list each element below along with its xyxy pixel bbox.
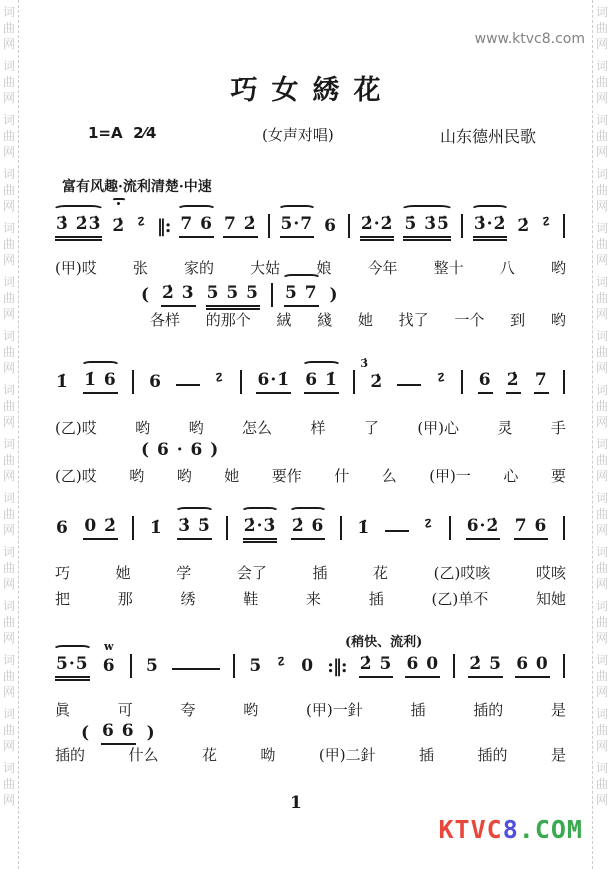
side-watermark-char: 曲 [596,452,608,468]
side-watermark-char: 曲 [3,344,15,360]
lyric-syllable: 插 [410,699,425,720]
side-watermark-char: 词 [3,598,15,614]
bar-line [233,654,235,678]
bar-line [461,370,463,394]
side-watermark-char: 网 [3,414,15,430]
dash-duration-mark [172,668,220,670]
ktvc8-logo: KTVC8.COM [439,815,584,844]
side-watermark-char: 词 [3,544,15,560]
side-watermark-char: 网 [596,414,608,430]
lyric-syllable: 什么 [128,744,158,765]
lyric-syllable: 哟 [551,257,566,278]
side-watermark-char: 词 [3,4,15,20]
lyric-syllable: 哟 [129,465,144,486]
tempo-annotation: (稍快、流利) [345,631,422,650]
side-watermark-char: 曲 [3,668,15,684]
bar-line [563,516,565,540]
lyric-syllable: (乙)哎 [55,465,97,486]
side-watermark-char: 网 [596,576,608,592]
jianpu-note: 0 [300,656,315,678]
side-watermark-char: 网 [596,738,608,754]
notation-line-2: 1̇1̇ 66∿6·1̇6 1̇2̇3̇∿62̇7 [55,368,566,394]
side-watermark-char: 曲 [3,776,15,792]
side-watermark-char: 词 [596,760,608,776]
lyric-syllable: 哟 [189,417,204,438]
glissando-mark: ∿ [131,211,153,232]
jianpu-note: 3̇·2̇ [473,214,508,238]
side-watermark-char: 曲 [3,614,15,630]
jianpu-note: 1̇ [356,518,371,540]
side-watermark-char: 网 [3,738,15,754]
side-watermark-char: 曲 [596,506,608,522]
lyric-syllable: (甲)心 [417,417,459,438]
lyric-syllable: 找了 [399,309,429,330]
side-text-column-right: 词曲网词曲网词曲网词曲网词曲网词曲网词曲网词曲网词曲网词曲网词曲网词曲网词曲网词… [593,0,611,814]
jianpu-note: ) [146,723,157,745]
notation-line-1: 3̇ 2̇3̇2̇∿‖:7 67 2̇5·762̇·2̇5̇ 3̇5̇3̇·2̇… [55,212,566,238]
side-watermark-char: 词 [596,490,608,506]
side-watermark-char: 词 [3,490,15,506]
notation-line-4: 5·56w55∿0:‖:2̇ 56 02̇ 56 0 [55,652,566,678]
slur-arc [401,205,452,214]
side-watermark-char: 曲 [596,398,608,414]
jianpu-note: 2̇ 5 [468,654,503,678]
side-watermark-char: 词 [596,598,608,614]
side-watermark-char: 网 [3,792,15,808]
side-watermark-char: 曲 [3,236,15,252]
side-watermark-char: 网 [596,468,608,484]
lyric-syllable: 会了 [237,562,267,583]
lyric-syllable: 要作 [272,465,302,486]
jianpu-note: ( 6 · 6 ) [140,440,220,462]
side-watermark-char: 曲 [596,236,608,252]
lyric-syllable: 插的 [478,744,508,765]
fermata-icon [111,198,126,206]
side-watermark-char: 网 [596,792,608,808]
bar-line [268,214,270,238]
slur-arc [302,361,341,370]
side-watermark-char: 曲 [596,722,608,738]
side-watermark-char: 词 [3,328,15,344]
jianpu-note: 6 0 [405,654,440,678]
side-watermark-char: 网 [596,360,608,376]
side-watermark-char: 曲 [596,614,608,630]
side-watermark-char: 词 [596,382,608,398]
lyric-syllable: 她 [358,309,373,330]
interlude-4: (6 6) [80,721,157,745]
side-watermark-char: 词 [596,220,608,236]
side-watermark-char: 词 [596,4,608,20]
key-signature: 1=A [88,124,123,142]
jianpu-note: 6·2̇ [466,516,501,540]
jianpu-note: ( [140,285,151,307]
jianpu-note: 1̇ [55,372,70,394]
side-watermark-char: 词 [3,760,15,776]
jianpu-note: 3̇ 5̇ [177,516,212,540]
glissando-mark: ∿ [430,367,452,388]
jianpu-note: 7 6 [514,516,549,540]
lyric-syllable: 她 [116,562,131,583]
side-watermark-char: 曲 [596,20,608,36]
bar-line [461,214,463,238]
bar-line [130,654,132,678]
side-watermark-char: 词 [3,652,15,668]
lyric-syllable: 夸 [181,699,196,720]
side-watermark-char: 词 [3,382,15,398]
jianpu-note: 5·7 [280,214,315,238]
time-signature: 2⁄4 [133,124,156,142]
side-watermark-char: 曲 [596,560,608,576]
side-watermark-char: 网 [596,306,608,322]
lyric-syllable: 把 [55,588,70,609]
repeat-begin-sign: ‖: [157,216,171,238]
glissando-mark: ∿ [417,513,439,534]
jianpu-note: 7 6 [179,214,214,238]
side-watermark-char: 词 [596,166,608,182]
lyric-syllable: 哟 [177,465,192,486]
glissando-mark: ∿ [209,367,231,388]
side-watermark-char: 词 [3,220,15,236]
lyric-syllable: 要 [551,465,566,486]
glissando-mark: ∿ [271,651,293,672]
interlude-2: ( 6 · 6 ) [140,440,220,462]
jianpu-note: 1̇ [149,518,164,540]
jianpu-note: 2̇ 6 [291,516,326,540]
lyric-syllable: 眞 [55,699,70,720]
slur-arc [53,205,104,214]
lyric-syllable: 什 [334,465,349,486]
side-watermark-char: 网 [3,360,15,376]
lyrics-line-2a: (乙)哎哟哟怎么样了(甲)心灵手 [55,417,566,438]
side-watermark-char: 网 [3,522,15,538]
lyric-syllable: 手 [551,417,566,438]
side-watermark-char: 词 [596,436,608,452]
lyric-syllable: (甲)哎 [55,257,97,278]
bar-line [563,654,565,678]
bar-line [449,516,451,540]
lyrics-line-4a: 眞可夸哟(甲)一針插插的是 [55,699,566,720]
jianpu-note: 2̇·2̇ [360,214,395,238]
lyrics-line-2b: (乙)哎哟哟她要作什么(甲)一心要 [55,465,566,486]
bar-line [226,516,228,540]
dash-duration-mark [176,384,200,386]
side-watermark-char: 词 [3,274,15,290]
key-and-time-signature: 1=A 2⁄4 [88,124,156,142]
tempo-marking: 富有风趣·流利清楚·中速 [62,176,212,196]
lyric-syllable: (甲)一 [429,465,471,486]
jianpu-note: 5 7 [284,283,319,307]
slur-arc [278,205,317,214]
lyrics-line-3a: 巧她学会了插花(乙)哎咳哎咳 [55,562,566,583]
bar-line [340,516,342,540]
side-watermark-char: 曲 [3,20,15,36]
bar-line [563,214,565,238]
side-watermark-char: 词 [3,706,15,722]
jianpu-note: 2̇·3̇ [243,516,278,540]
side-watermark-char: 曲 [596,182,608,198]
bar-line [132,516,134,540]
side-watermark-char: 网 [3,252,15,268]
lyric-syllable: 了 [364,417,379,438]
lyric-syllable: 灵 [497,417,512,438]
jianpu-note: 0 2̇ [83,516,118,540]
lyric-syllable: (乙)哎咳 [434,562,491,583]
slur-arc [81,361,120,370]
logo-text-green: .COM [519,815,583,844]
logo-text-red: KTVC [439,815,503,844]
lyric-syllable: 呦 [260,744,275,765]
lyric-syllable: 哟 [135,417,150,438]
side-watermark-char: 曲 [3,398,15,414]
lyric-syllable: 花 [373,562,388,583]
lyric-syllable: 哎咳 [536,562,566,583]
song-source: 山东德州民歌 [440,124,536,147]
dash-duration-mark [397,384,421,386]
side-watermark-char: 曲 [3,182,15,198]
lyric-syllable: 花 [202,744,217,765]
jianpu-note: ( [80,723,91,745]
jianpu-note: 6·1̇ [256,370,291,394]
bar-line [271,283,273,307]
side-watermark-char: 网 [596,630,608,646]
side-watermark-char: 词 [596,544,608,560]
lyric-syllable: 哟 [243,699,258,720]
jianpu-note: 2̇3̇ [369,372,384,394]
side-watermark-char: 曲 [596,344,608,360]
slur-arc [282,274,321,283]
jianpu-note: ) [329,285,340,307]
lyrics-line-4b: 插的什么花呦(甲)二針插插的是 [55,744,566,765]
glissando-mark: ∿ [536,211,558,232]
jianpu-note: 3̇ 2̇3̇ [55,214,102,238]
bar-line [353,370,355,394]
side-watermark-char: 网 [596,684,608,700]
lyric-syllable: 絨 [276,309,291,330]
jianpu-note: 6w [102,656,117,678]
song-title: 巧女綉花 [0,68,611,107]
lyric-syllable: 整十 [434,257,464,278]
lyric-syllable: 插的 [55,744,85,765]
jianpu-note: 2̇ 3 [161,283,196,307]
lyric-syllable: 八 [500,257,515,278]
lyric-syllable: 她 [224,465,239,486]
lyric-syllable: 各样 [150,309,180,330]
lyric-syllable: 是 [551,699,566,720]
lyric-syllable: (甲)二針 [319,744,376,765]
side-watermark-char: 词 [3,166,15,182]
watermark-url: www.ktvc8.com [475,31,585,47]
jianpu-note: 6 [148,372,163,394]
jianpu-note: 5 [145,656,160,678]
lyric-syllable: 今年 [367,257,397,278]
jianpu-note: 7 2̇ [223,214,258,238]
side-watermark-char: 网 [3,36,15,52]
lyric-syllable: 学 [176,562,191,583]
dash-duration-mark [385,530,409,532]
jianpu-note: 2̇ [111,216,126,238]
slur-arc [53,645,92,654]
side-watermark-char: 词 [596,652,608,668]
jianpu-note: 6 [478,370,493,394]
lyric-syllable: 怎么 [242,417,272,438]
jianpu-note: 6 6 [101,721,136,745]
repeat-sign: :‖: [327,656,346,678]
lyric-syllable: 心 [503,465,518,486]
side-watermark-char: 网 [596,522,608,538]
slur-arc [241,507,280,516]
jianpu-note: 6 1̇ [304,370,339,394]
side-watermark-char: 网 [3,468,15,484]
bar-line [348,214,350,238]
side-watermark-char: 词 [3,436,15,452]
lyric-syllable: (乙)哎 [55,417,97,438]
side-watermark-char: 曲 [596,668,608,684]
jianpu-note: 6 [55,518,70,540]
jianpu-note: 5 [248,656,263,678]
header-meta-row: 1=A 2⁄4 (女声对唱) 山东德州民歌 [0,124,611,148]
side-watermark-char: 网 [3,630,15,646]
jianpu-note: 5 5 5 [206,283,260,307]
side-watermark-char: 网 [596,252,608,268]
lyric-syllable: (甲)一針 [306,699,363,720]
lyric-syllable: (乙)单不 [432,588,489,609]
side-watermark-char: 曲 [3,452,15,468]
notation-line-3: 60 2̇1̇3̇ 5̇2̇·3̇2̇ 61̇∿6·2̇7 6 [55,514,566,540]
jianpu-note: 6 [323,216,338,238]
interlude-1: (2̇ 35 5 55 7) [140,283,340,307]
grace-note: 3̇ [360,357,369,370]
lyric-syllable: 绣 [181,588,196,609]
side-watermark-char: 曲 [3,290,15,306]
side-watermark-char: 网 [596,36,608,52]
lyric-syllable: 插 [419,744,434,765]
side-text-column-left: 词曲网词曲网词曲网词曲网词曲网词曲网词曲网词曲网词曲网词曲网词曲网词曲网词曲网词… [0,0,18,814]
lyric-syllable: 可 [118,699,133,720]
lyric-syllable: 么 [382,465,397,486]
side-watermark-char: 网 [596,198,608,214]
lyric-syllable: 知她 [536,588,566,609]
side-watermark-char: 曲 [3,560,15,576]
lyric-syllable: 是 [551,744,566,765]
bar-line [240,370,242,394]
side-watermark-char: 网 [3,576,15,592]
jianpu-note: 2̇ [506,370,521,394]
jianpu-note: 6 0 [515,654,550,678]
bar-line [563,370,565,394]
lyric-syllable: 张 [133,257,148,278]
lyric-syllable: 鞋 [243,588,258,609]
side-watermark-char: 网 [3,684,15,700]
lyric-syllable: 大姑 [250,257,280,278]
slur-arc [289,507,328,516]
bar-line [132,370,134,394]
side-watermark-char: 网 [3,306,15,322]
jianpu-note: 5·5 [55,654,90,678]
slur-arc [471,205,510,214]
lyrics-line-3b: 把那绣鞋来插(乙)单不知她 [55,588,566,609]
bar-line [453,654,455,678]
lyrics-line-1b: 各样的那个絨綫她找了一个到哟 [150,309,566,330]
lyric-syllable: 的那个 [206,309,251,330]
side-watermark-char: 曲 [596,776,608,792]
subtitle: (女声对唱) [262,124,334,145]
lyric-syllable: 哟 [551,309,566,330]
side-watermark-char: 词 [596,274,608,290]
side-watermark-char: 曲 [3,722,15,738]
lyric-syllable: 那 [118,588,133,609]
side-watermark-char: 词 [596,328,608,344]
side-watermark-char: 词 [596,706,608,722]
lyric-syllable: 插 [312,562,327,583]
side-watermark-char: 曲 [3,506,15,522]
jianpu-note: 7 [534,370,549,394]
lyric-syllable: 巧 [55,562,70,583]
trill-mark: w [104,640,114,653]
jianpu-note: 1̇ 6 [83,370,118,394]
side-watermark-char: 网 [3,198,15,214]
lyric-syllable: 綫 [317,309,332,330]
lyric-syllable: 来 [306,588,321,609]
lyric-syllable: 一个 [454,309,484,330]
sheet-music-page: 词曲网词曲网词曲网词曲网词曲网词曲网词曲网词曲网词曲网词曲网词曲网词曲网词曲网词… [0,0,611,869]
jianpu-note: 2̇ 5 [359,654,394,678]
lyric-syllable: 样 [310,417,325,438]
lyric-syllable: 插 [369,588,384,609]
logo-text-blue: 8 [503,815,519,844]
page-number: 1 [290,793,302,813]
lyric-syllable: 插的 [473,699,503,720]
slur-arc [177,205,216,214]
side-watermark-char: 曲 [596,290,608,306]
jianpu-note: 2̇ [516,216,531,238]
jianpu-note: 5̇ 3̇5̇ [403,214,450,238]
lyric-syllable: 家的 [184,257,214,278]
lyric-syllable: 到 [510,309,525,330]
slur-arc [175,507,214,516]
